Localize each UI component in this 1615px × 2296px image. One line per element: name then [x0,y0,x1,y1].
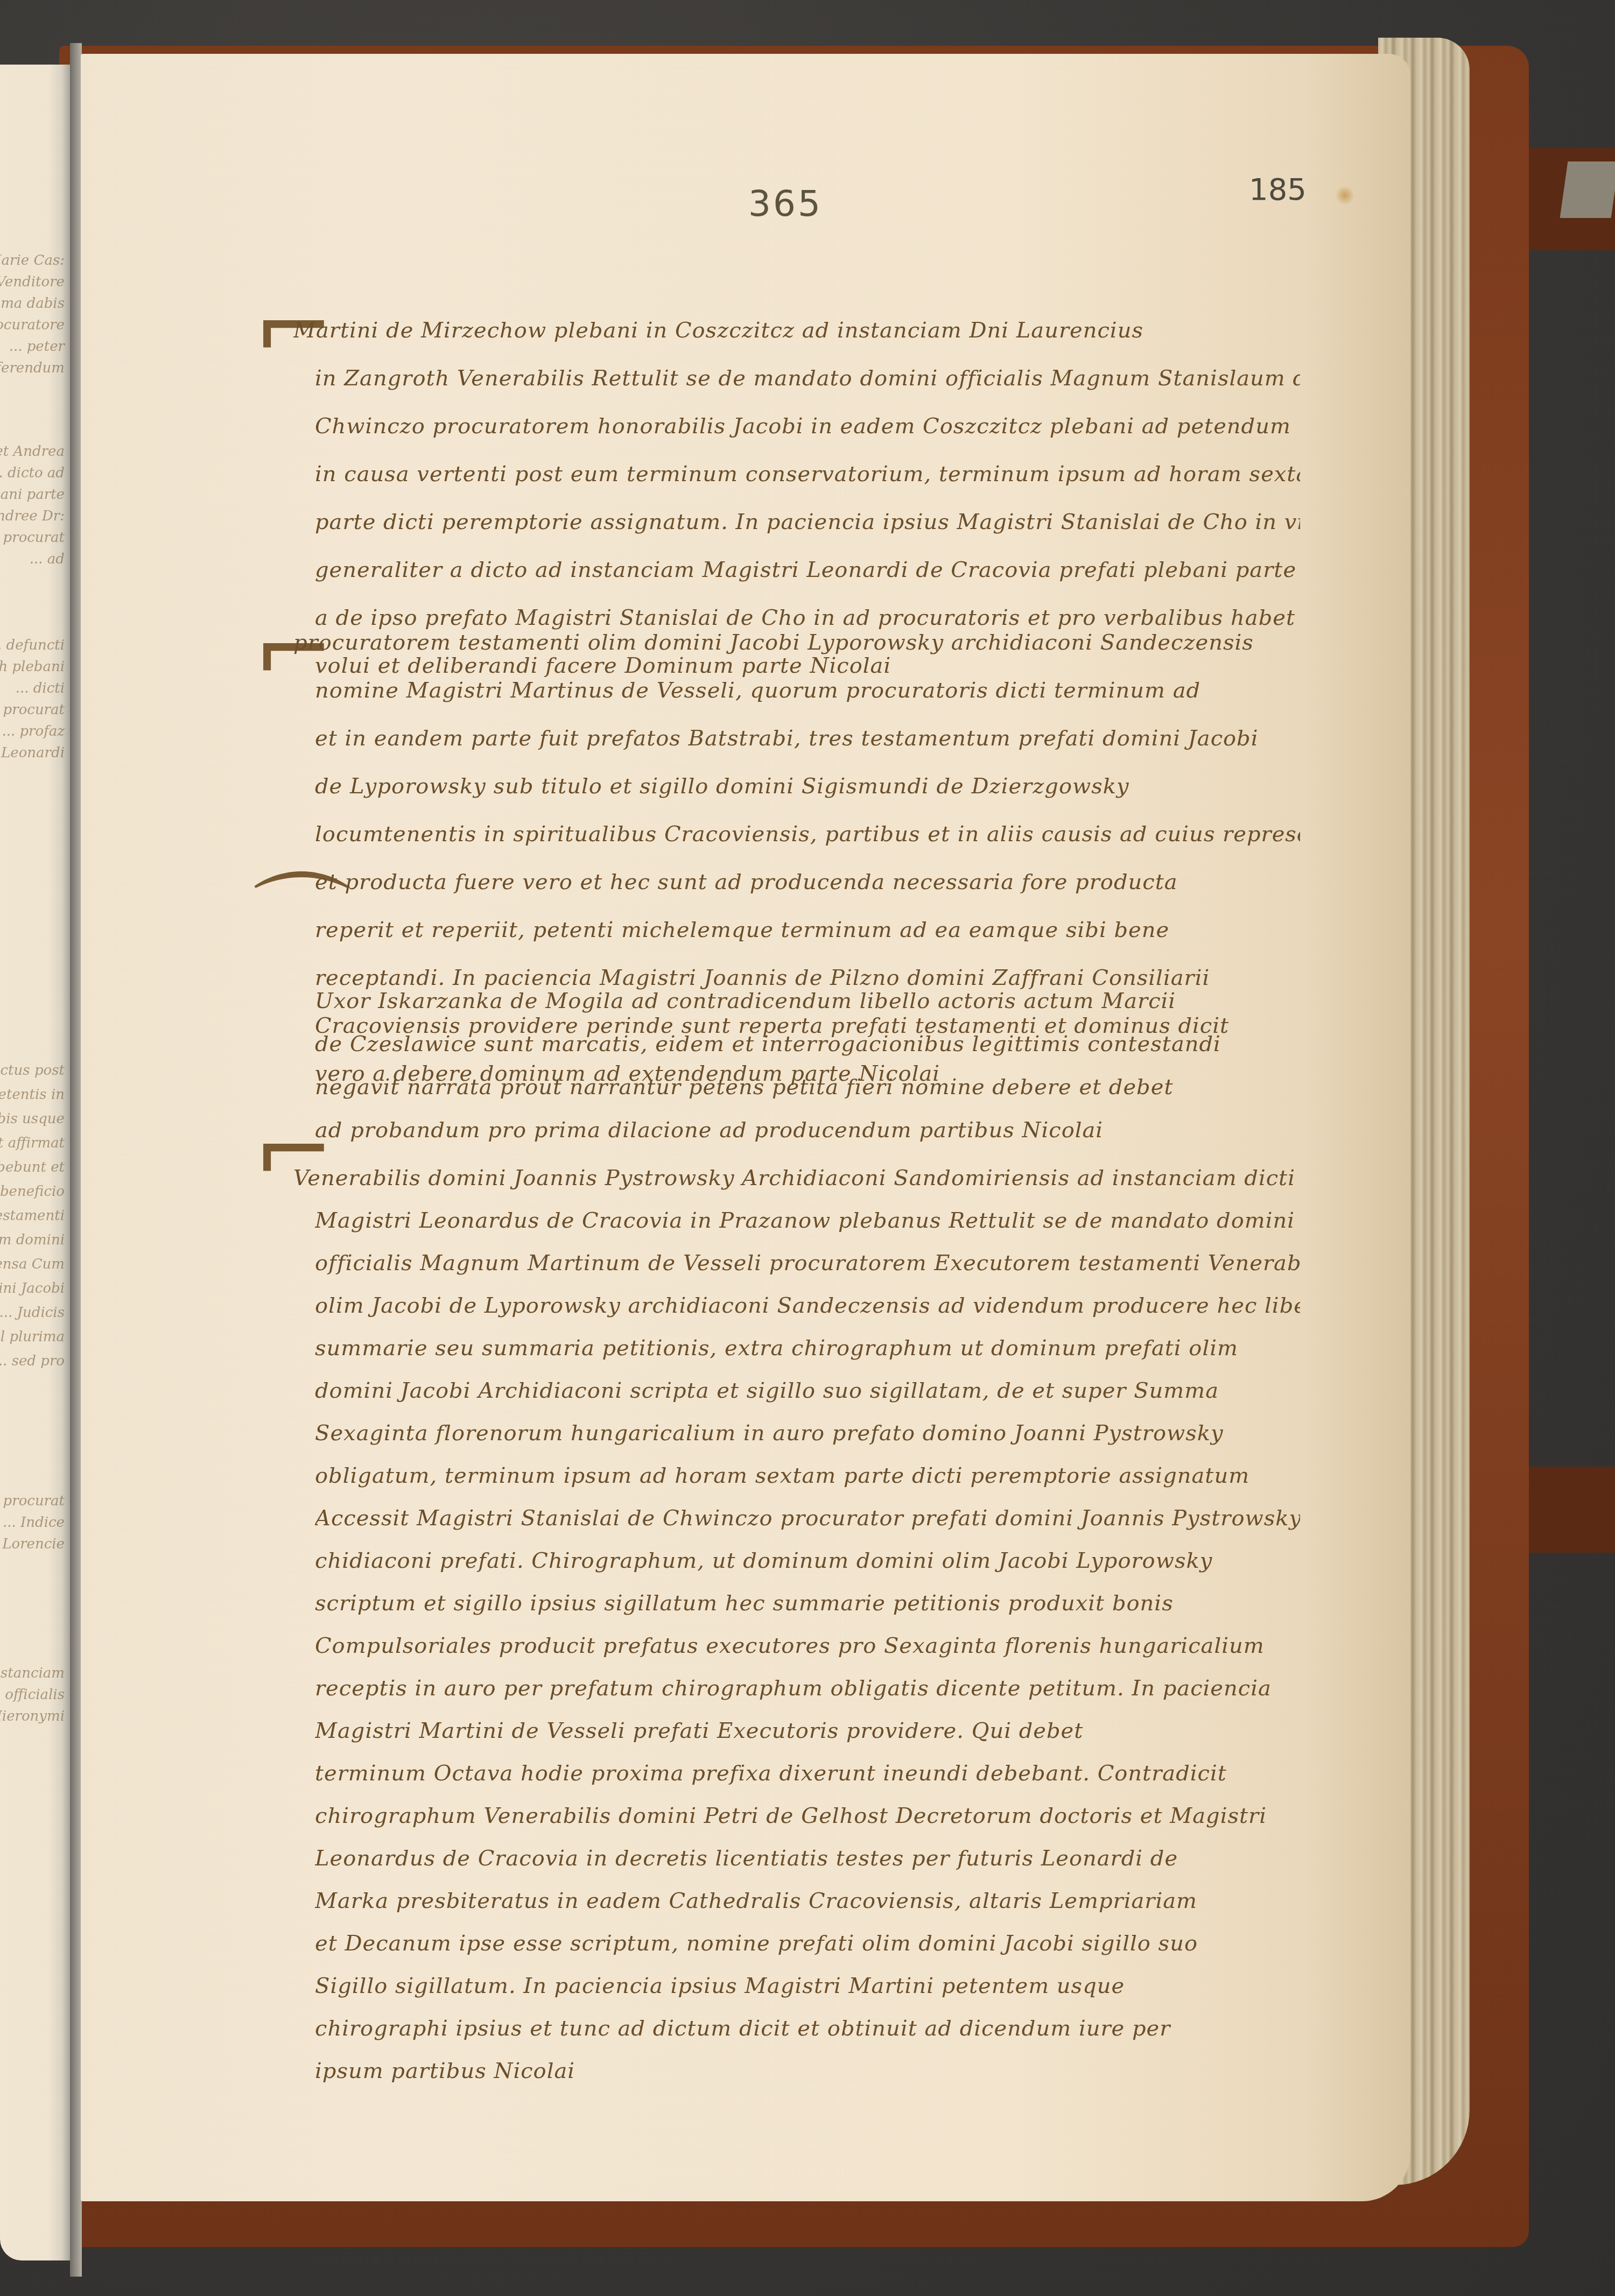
folio-number-center: 365 [748,183,823,224]
facing-line: ... profaz [2,721,65,742]
entry-line: de Czeslawice sunt marcatis, eidem et in… [315,1023,1300,1066]
entry-line: ad probandum pro prima dilacione ad prod… [315,1109,1300,1152]
register-entry-4: Venerabilis domini Joannis Pystrowsky Ar… [315,1157,1300,2093]
facing-line: ... et Andrea [0,441,65,462]
entry-line: Venerabilis domini Joannis Pystrowsky Ar… [293,1157,1300,1200]
entry-line: in Zangroth Venerabilis Rettulit se de m… [315,355,1300,403]
entry-line: Compulsoriales producit prefatus executo… [315,1625,1300,1667]
facing-line: ... ad differendum [0,358,65,378]
facing-line: ... plebani parte [0,484,65,505]
facing-line: ... et affirmat [0,1133,65,1153]
upper-clasp-plate [1560,161,1615,218]
facing-line: ... dicto ad [0,463,65,483]
entry-line: locumtenentis in spiritualibus Cracovien… [315,811,1300,858]
facing-line: ... Marie Cas: [0,250,65,271]
folio-number-right: 185 [1249,172,1307,207]
entry-line: negavit narrata prout narrantur petens p… [315,1066,1300,1109]
entry-line: et in eandem parte fuit prefatos Batstra… [315,715,1300,763]
facing-line: ... competentis in [0,1084,65,1105]
lower-clasp-strap [1529,1467,1615,1553]
entry-line: chirographum Venerabilis domini Petri de… [315,1795,1300,1837]
facing-line: ... Summa dabis [0,293,65,314]
entry-line: scriptum et sigillo ipsius sigillatum he… [315,1582,1300,1625]
facing-line: ... Andree Dr: [0,506,65,526]
facing-line: ... procuratore [0,315,65,335]
facing-line: ... Magnum domini [0,1230,65,1250]
entry-line: parte dicti peremptorie assignatum. In p… [315,498,1300,546]
register-entry-3: Uxor Iskarzanka de Mogila ad contradicen… [315,980,1300,1152]
entry-line: Chwinczo procuratorem honorabilis Jacobi… [315,403,1300,450]
facing-line: ... Indice [3,1512,65,1533]
facing-line: ... dispensa Cum [0,1254,65,1274]
facing-line: ... fabis usque [0,1109,65,1129]
entry-line: Martini de Mirzechow plebani in Coszczit… [293,307,1300,355]
facing-line: ... procurat [0,700,65,720]
entry-line: procuratorem testamenti olim domini Jaco… [293,619,1300,667]
facing-line: ... mel plurima [0,1327,65,1347]
entry-line: reperit et reperiit, petenti michelemque… [315,906,1300,954]
entry-line: Sigillo sigillatum. In paciencia ipsius … [315,1965,1300,2008]
ink-stain [1335,186,1354,205]
facing-line: ... domini Jacobi [0,1278,65,1299]
facing-line: ... habebunt et [0,1157,65,1178]
facing-line: ... prefati procurat [0,527,65,548]
facing-page: ... Marie Cas: ... Venditore ... Summa d… [0,65,70,2260]
entry-line: chidiaconi prefati. Chirographum, ut dom… [315,1540,1300,1582]
facing-line: ... Sangroth plebani [0,657,65,677]
entry-line: officialis Magnum Martinum de Vesseli pr… [315,1242,1300,1285]
entry-line: terminum Octava hodie proxima prefixa di… [315,1752,1300,1795]
facing-line: ... ad instanciam [0,1663,65,1684]
entry-line: generaliter a dicto ad instanciam Magist… [315,546,1300,594]
entry-line: Sexaginta florenorum hungaricalium in au… [315,1412,1300,1455]
facing-line: ... Benedictus post [0,1060,65,1081]
facing-line: ... per ante beneficio [0,1181,65,1202]
facing-line: ... Hieronymi [0,1706,65,1727]
entry-line: in causa vertenti post eum terminum cons… [315,450,1300,498]
entry-line: nomine Magistri Martinus de Vesseli, quo… [315,667,1300,715]
entry-line: Magistri Leonardus de Cracovia in Prazan… [315,1200,1300,1242]
entry-line: domini Jacobi Archidiaconi scripta et si… [315,1370,1300,1412]
entry-line: et Decanum ipse esse scriptum, nomine pr… [315,1922,1300,1965]
facing-line: ... Venditore [0,272,65,292]
entry-line: Uxor Iskarzanka de Mogila ad contradicen… [315,980,1300,1023]
facing-line: ... Leonardi [0,743,65,763]
entry-line: olim Jacobi de Lyporowsky archidiaconi S… [315,1285,1300,1327]
entry-line: ipsum partibus Nicolai [315,2050,1300,2093]
facing-line: ... domini officialis [0,1685,65,1705]
entry-line: Marka presbiteratus in eadem Cathedralis… [315,1880,1300,1922]
entry-line: Accessit Magistri Stanislai de Chwinczo … [315,1497,1300,1540]
facing-line: ... dicti [16,678,65,699]
entry-line: receptis in auro per prefatum chirograph… [315,1667,1300,1710]
facing-page-text: ... Marie Cas: ... Venditore ... Summa d… [0,65,70,2260]
book-gutter [70,43,82,2277]
facing-line: ... procurat [0,1491,65,1511]
facing-line: ... defuncti [0,635,65,656]
facing-line: ... Verbalis testamenti [0,1206,65,1226]
facing-line: ... peter [9,336,65,357]
entry-line: Magistri Martini de Vesseli prefati Exec… [315,1710,1300,1752]
facing-line: ... ad [30,549,65,569]
entry-line: chirographi ipsius et tunc ad dictum dic… [315,2008,1300,2050]
entry-line: Leonardus de Cracovia in decretis licent… [315,1837,1300,1880]
entry-line: summarie seu summaria petitionis, extra … [315,1327,1300,1370]
entry-line: et producta fuere vero et hec sunt ad pr… [315,858,1300,906]
entry-line: de Lyporowsky sub titulo et sigillo domi… [315,763,1300,811]
facing-line: ... sed pro [0,1351,65,1371]
facing-line: ... Judicis [0,1302,65,1323]
facing-line: ... Lorencie [0,1534,65,1554]
entry-line: obligatum, terminum ipsum ad horam sexta… [315,1455,1300,1497]
